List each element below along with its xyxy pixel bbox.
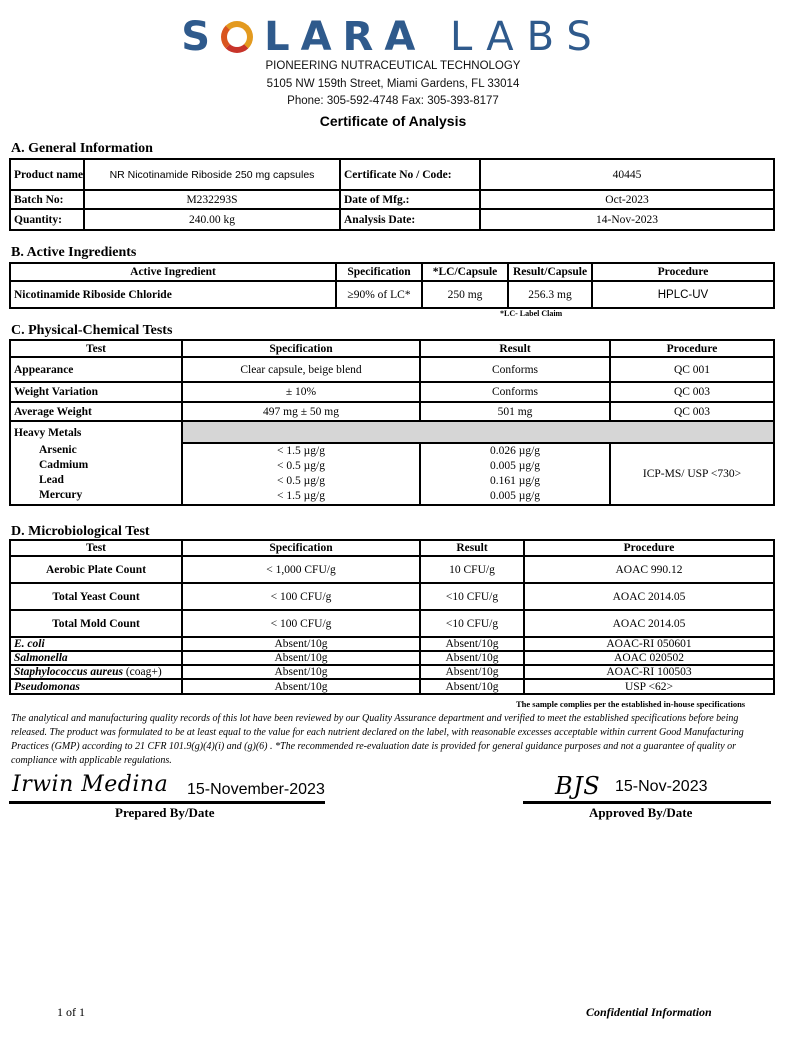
test-procedure: AOAC 990.12	[524, 556, 774, 583]
table-row: Pseudomonas Absent/10g Absent/10g USP <6…	[10, 679, 774, 694]
metal-mercury: Mercury	[39, 488, 178, 503]
metal-result: 0.161 µg/g	[424, 474, 606, 489]
phone-fax: Phone: 305-592-4748 Fax: 305-393-8177	[0, 95, 786, 107]
table-row: Batch No: M232293S Date of Mfg.: Oct-202…	[10, 190, 774, 209]
table-header-row: Active Ingredient Specification *LC/Caps…	[10, 263, 774, 281]
metal-result: 0.005 µg/g	[424, 489, 606, 504]
test-procedure: AOAC-RI 100503	[524, 665, 774, 679]
metal-results: 0.026 µg/g 0.005 µg/g 0.161 µg/g 0.005 µ…	[420, 443, 610, 505]
col-specification: Specification	[182, 540, 420, 556]
test-result: 10 CFU/g	[420, 556, 524, 583]
micro-table: Test Specification Result Procedure Aero…	[9, 539, 775, 695]
batch-no-value: M232293S	[84, 190, 340, 209]
col-specification: Specification	[336, 263, 422, 281]
quantity-value: 240.00 kg	[84, 209, 340, 230]
metal-lead: Lead	[39, 473, 178, 488]
disclaimer-text: The analytical and manufacturing quality…	[11, 712, 771, 768]
table-row: Aerobic Plate Count < 1,000 CFU/g 10 CFU…	[10, 556, 774, 583]
col-procedure: Procedure	[610, 340, 774, 357]
metal-result: 0.026 µg/g	[424, 444, 606, 459]
test-name: Aerobic Plate Count	[10, 556, 182, 583]
tagline: PIONEERING NUTRACEUTICAL TECHNOLOGY	[0, 60, 786, 72]
sun-ring-icon	[221, 21, 253, 53]
test-name: Pseudomonas	[10, 679, 182, 694]
col-test: Test	[10, 540, 182, 556]
section-micro-title: D. Microbiological Test	[11, 524, 150, 540]
table-row: Appearance Clear capsule, beige blend Co…	[10, 357, 774, 382]
metal-result: 0.005 µg/g	[424, 459, 606, 474]
section-general-title: A. General Information	[11, 141, 153, 157]
prepared-signature-line	[9, 801, 325, 804]
quantity-label: Quantity:	[10, 209, 84, 230]
table-header-row: Test Specification Result Procedure	[10, 340, 774, 357]
approved-date: 15-Nov-2023	[615, 778, 708, 796]
logo-labs: LABS	[450, 14, 605, 60]
table-row: Average Weight 497 mg ± 50 mg 501 mg QC …	[10, 402, 774, 421]
metal-arsenic: Arsenic	[39, 443, 178, 458]
ingredient-result: 256.3 mg	[508, 281, 592, 308]
heavy-metals-shaded-band	[182, 421, 774, 443]
test-name: E. coli	[10, 637, 182, 651]
test-result: Absent/10g	[420, 679, 524, 694]
test-result: <10 CFU/g	[420, 583, 524, 610]
organism-name: Staphylococcus aureus	[14, 666, 123, 678]
test-spec: Absent/10g	[182, 637, 420, 651]
col-result: Result	[420, 540, 524, 556]
analysis-date-value: 14-Nov-2023	[480, 209, 774, 230]
test-spec: < 1,000 CFU/g	[182, 556, 420, 583]
prepared-by-label: Prepared By/Date	[115, 805, 215, 821]
col-lc-capsule: *LC/Capsule	[422, 263, 508, 281]
heavy-metals-row: Arsenic Cadmium Lead Mercury < 1.5 µg/g …	[10, 443, 774, 505]
logo-letter-s: S	[181, 14, 221, 60]
test-procedure: AOAC 020502	[524, 651, 774, 665]
page-number: 1 of 1	[57, 1005, 85, 1020]
table-row: Nicotinamide Riboside Chloride ≥90% of L…	[10, 281, 774, 308]
section-physchem-title: C. Physical-Chemical Tests	[11, 323, 172, 339]
table-row: Total Yeast Count < 100 CFU/g <10 CFU/g …	[10, 583, 774, 610]
col-procedure: Procedure	[524, 540, 774, 556]
analysis-date-label: Analysis Date:	[340, 209, 480, 230]
test-name: Staphylococcus aureus (coag+)	[10, 665, 182, 679]
metal-spec: < 0.5 µg/g	[186, 459, 416, 474]
test-procedure: USP <62>	[524, 679, 774, 694]
general-info-table: Product name: NR Nicotinamide Riboside 2…	[9, 158, 775, 231]
test-result: Absent/10g	[420, 665, 524, 679]
test-procedure: AOAC-RI 050601	[524, 637, 774, 651]
test-spec: < 100 CFU/g	[182, 583, 420, 610]
col-test: Test	[10, 340, 182, 357]
confidential-label: Confidential Information	[586, 1005, 712, 1020]
metal-cadmium: Cadmium	[39, 458, 178, 473]
test-result: <10 CFU/g	[420, 610, 524, 637]
test-result: Conforms	[420, 357, 610, 382]
label-claim-footnote: *LC- Label Claim	[500, 309, 562, 318]
ingredient-lc: 250 mg	[422, 281, 508, 308]
heavy-metals-header-row: Heavy Metals	[10, 421, 774, 443]
approved-by-label: Approved By/Date	[589, 805, 692, 821]
table-row: Quantity: 240.00 kg Analysis Date: 14-No…	[10, 209, 774, 230]
test-procedure: AOAC 2014.05	[524, 610, 774, 637]
company-logo: SLARA LABS	[0, 14, 786, 60]
prepared-signature: Irwin Medina	[12, 772, 168, 797]
product-name-label: Product name:	[10, 159, 84, 190]
test-spec: Clear capsule, beige blend	[182, 357, 420, 382]
test-result: Absent/10g	[420, 637, 524, 651]
logo-solara: LARA	[264, 14, 426, 60]
physchem-table: Test Specification Result Procedure Appe…	[9, 339, 775, 506]
metal-spec: < 1.5 µg/g	[186, 444, 416, 459]
approved-signature: BJS	[555, 772, 600, 800]
prepared-date: 15-November-2023	[187, 781, 325, 799]
date-of-mfg-label: Date of Mfg.:	[340, 190, 480, 209]
ingredient-procedure: HPLC-UV	[592, 281, 774, 308]
metals-procedure: ICP-MS/ USP <730>	[610, 443, 774, 505]
col-specification: Specification	[182, 340, 420, 357]
test-name: Weight Variation	[10, 382, 182, 402]
metal-names: Arsenic Cadmium Lead Mercury	[10, 443, 182, 505]
metal-spec: < 0.5 µg/g	[186, 474, 416, 489]
test-procedure: QC 003	[610, 402, 774, 421]
test-spec: < 100 CFU/g	[182, 610, 420, 637]
table-row: Total Mold Count < 100 CFU/g <10 CFU/g A…	[10, 610, 774, 637]
col-procedure: Procedure	[592, 263, 774, 281]
address: 5105 NW 159th Street, Miami Gardens, FL …	[0, 78, 786, 90]
test-name: Total Mold Count	[10, 610, 182, 637]
test-name: Average Weight	[10, 402, 182, 421]
col-result: Result	[420, 340, 610, 357]
date-of-mfg-value: Oct-2023	[480, 190, 774, 209]
test-procedure: QC 003	[610, 382, 774, 402]
test-procedure: AOAC 2014.05	[524, 583, 774, 610]
test-result: Conforms	[420, 382, 610, 402]
table-row: Salmonella Absent/10g Absent/10g AOAC 02…	[10, 651, 774, 665]
certificate-no-label: Certificate No / Code:	[340, 159, 480, 190]
table-row: Product name: NR Nicotinamide Riboside 2…	[10, 159, 774, 190]
certificate-no-value: 40445	[480, 159, 774, 190]
active-ingredients-table: Active Ingredient Specification *LC/Caps…	[9, 262, 775, 309]
test-name: Total Yeast Count	[10, 583, 182, 610]
test-spec: Absent/10g	[182, 679, 420, 694]
document-title: Certificate of Analysis	[0, 113, 786, 129]
table-row: Weight Variation ± 10% Conforms QC 003	[10, 382, 774, 402]
product-name-value: NR Nicotinamide Riboside 250 mg capsules	[84, 159, 340, 190]
test-result: Absent/10g	[420, 651, 524, 665]
section-active-title: B. Active Ingredients	[11, 245, 136, 261]
test-name: Appearance	[10, 357, 182, 382]
compliance-note: The sample complies per the established …	[516, 699, 745, 709]
table-row: Staphylococcus aureus (coag+) Absent/10g…	[10, 665, 774, 679]
table-header-row: Test Specification Result Procedure	[10, 540, 774, 556]
ingredient-name: Nicotinamide Riboside Chloride	[10, 281, 336, 308]
test-result: 501 mg	[420, 402, 610, 421]
col-active-ingredient: Active Ingredient	[10, 263, 336, 281]
approved-signature-line	[523, 801, 771, 804]
heavy-metals-label: Heavy Metals	[10, 421, 182, 443]
organism-qualifier: (coag+)	[123, 666, 162, 678]
col-result-capsule: Result/Capsule	[508, 263, 592, 281]
test-spec: Absent/10g	[182, 665, 420, 679]
test-spec: ± 10%	[182, 382, 420, 402]
metal-specs: < 1.5 µg/g < 0.5 µg/g < 0.5 µg/g < 1.5 µ…	[182, 443, 420, 505]
metal-spec: < 1.5 µg/g	[186, 489, 416, 504]
batch-no-label: Batch No:	[10, 190, 84, 209]
test-name: Salmonella	[10, 651, 182, 665]
test-procedure: QC 001	[610, 357, 774, 382]
ingredient-spec: ≥90% of LC*	[336, 281, 422, 308]
table-row: E. coli Absent/10g Absent/10g AOAC-RI 05…	[10, 637, 774, 651]
test-spec: Absent/10g	[182, 651, 420, 665]
test-spec: 497 mg ± 50 mg	[182, 402, 420, 421]
